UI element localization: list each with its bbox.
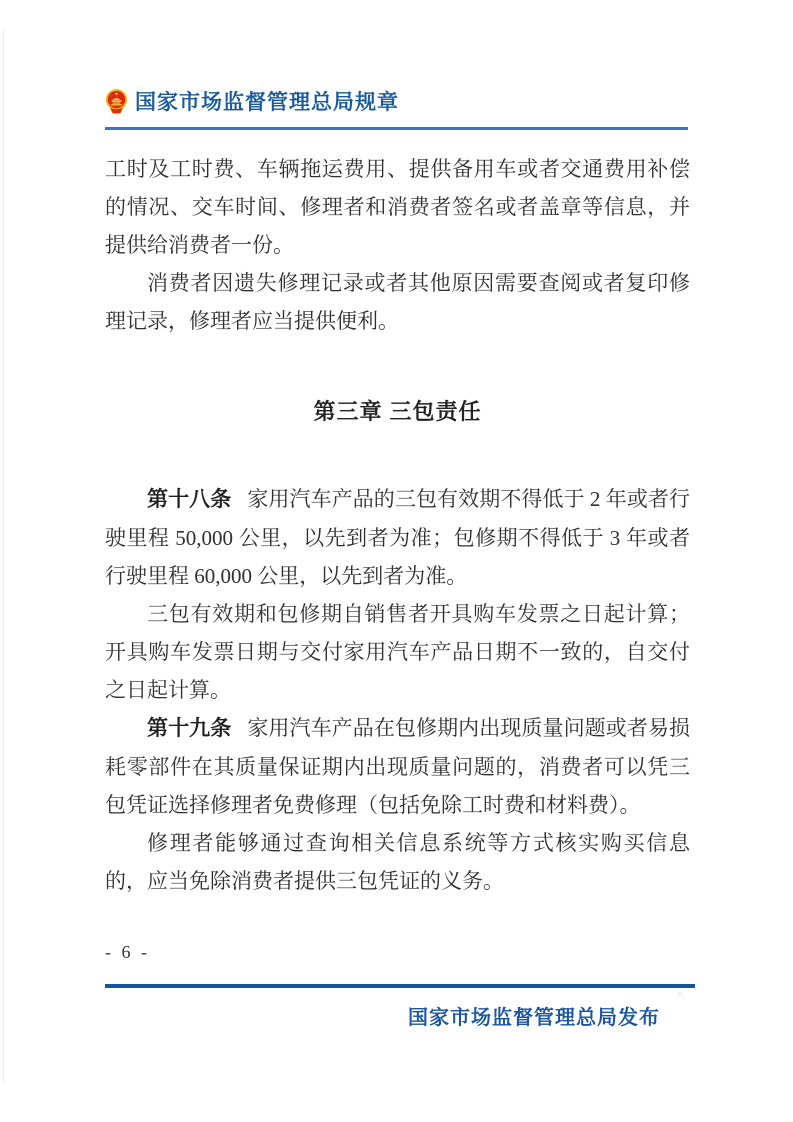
article-paragraph: 三包有效期和包修期自销售者开具购车发票之日起计算；开具购车发票日期与交付家用汽车… [105, 595, 690, 709]
document-page: 国家市场监督管理总局规章 工时及工时费、车辆拖运费用、提供备用车或者交通费用补偿… [0, 0, 793, 1122]
article-paragraph: 修理者能够通过查询相关信息系统等方式核实购买信息的，应当免除消费者提供三包凭证的… [105, 824, 690, 900]
header-rule [105, 127, 688, 130]
article-label: 第十九条 [147, 717, 231, 740]
article-text: 修理者能够通过查询相关信息系统等方式核实购买信息的，应当免除消费者提供三包凭证的… [105, 831, 690, 893]
article-paragraph: 第十九条家用汽车产品在包修期内出现质量问题或者易损耗零部件在其质量保证期内出现质… [105, 709, 690, 824]
page-number: - 6 - [105, 942, 150, 963]
document-body: 工时及工时费、车辆拖运费用、提供备用车或者交通费用补偿的情况、交车时间、修理者和… [105, 150, 690, 900]
page-edge-line [3, 30, 4, 1082]
article-paragraph: 第十八条家用汽车产品的三包有效期不得低于 2 年或者行驶里程 50,000 公里… [105, 480, 690, 595]
paragraph-continuation: 工时及工时费、车辆拖运费用、提供备用车或者交通费用补偿的情况、交车时间、修理者和… [105, 150, 690, 264]
paragraph: 消费者因遗失修理记录或者其他原因需要查阅或者复印修理记录，修理者应当提供便利。 [105, 264, 690, 340]
footer-rule [105, 984, 695, 988]
china-national-emblem-icon [105, 87, 128, 115]
footer-publisher: 国家市场监督管理总局发布 [105, 1001, 660, 1030]
article-label: 第十八条 [147, 488, 231, 511]
header-title: 国家市场监督管理总局规章 [135, 86, 399, 116]
watermark-x: × [676, 986, 685, 1003]
chapter-heading: 第三章 三包责任 [105, 397, 690, 427]
document-header: 国家市场监督管理总局规章 [105, 84, 690, 118]
article-text: 三包有效期和包修期自销售者开具购车发票之日起计算；开具购车发票日期与交付家用汽车… [105, 602, 690, 702]
